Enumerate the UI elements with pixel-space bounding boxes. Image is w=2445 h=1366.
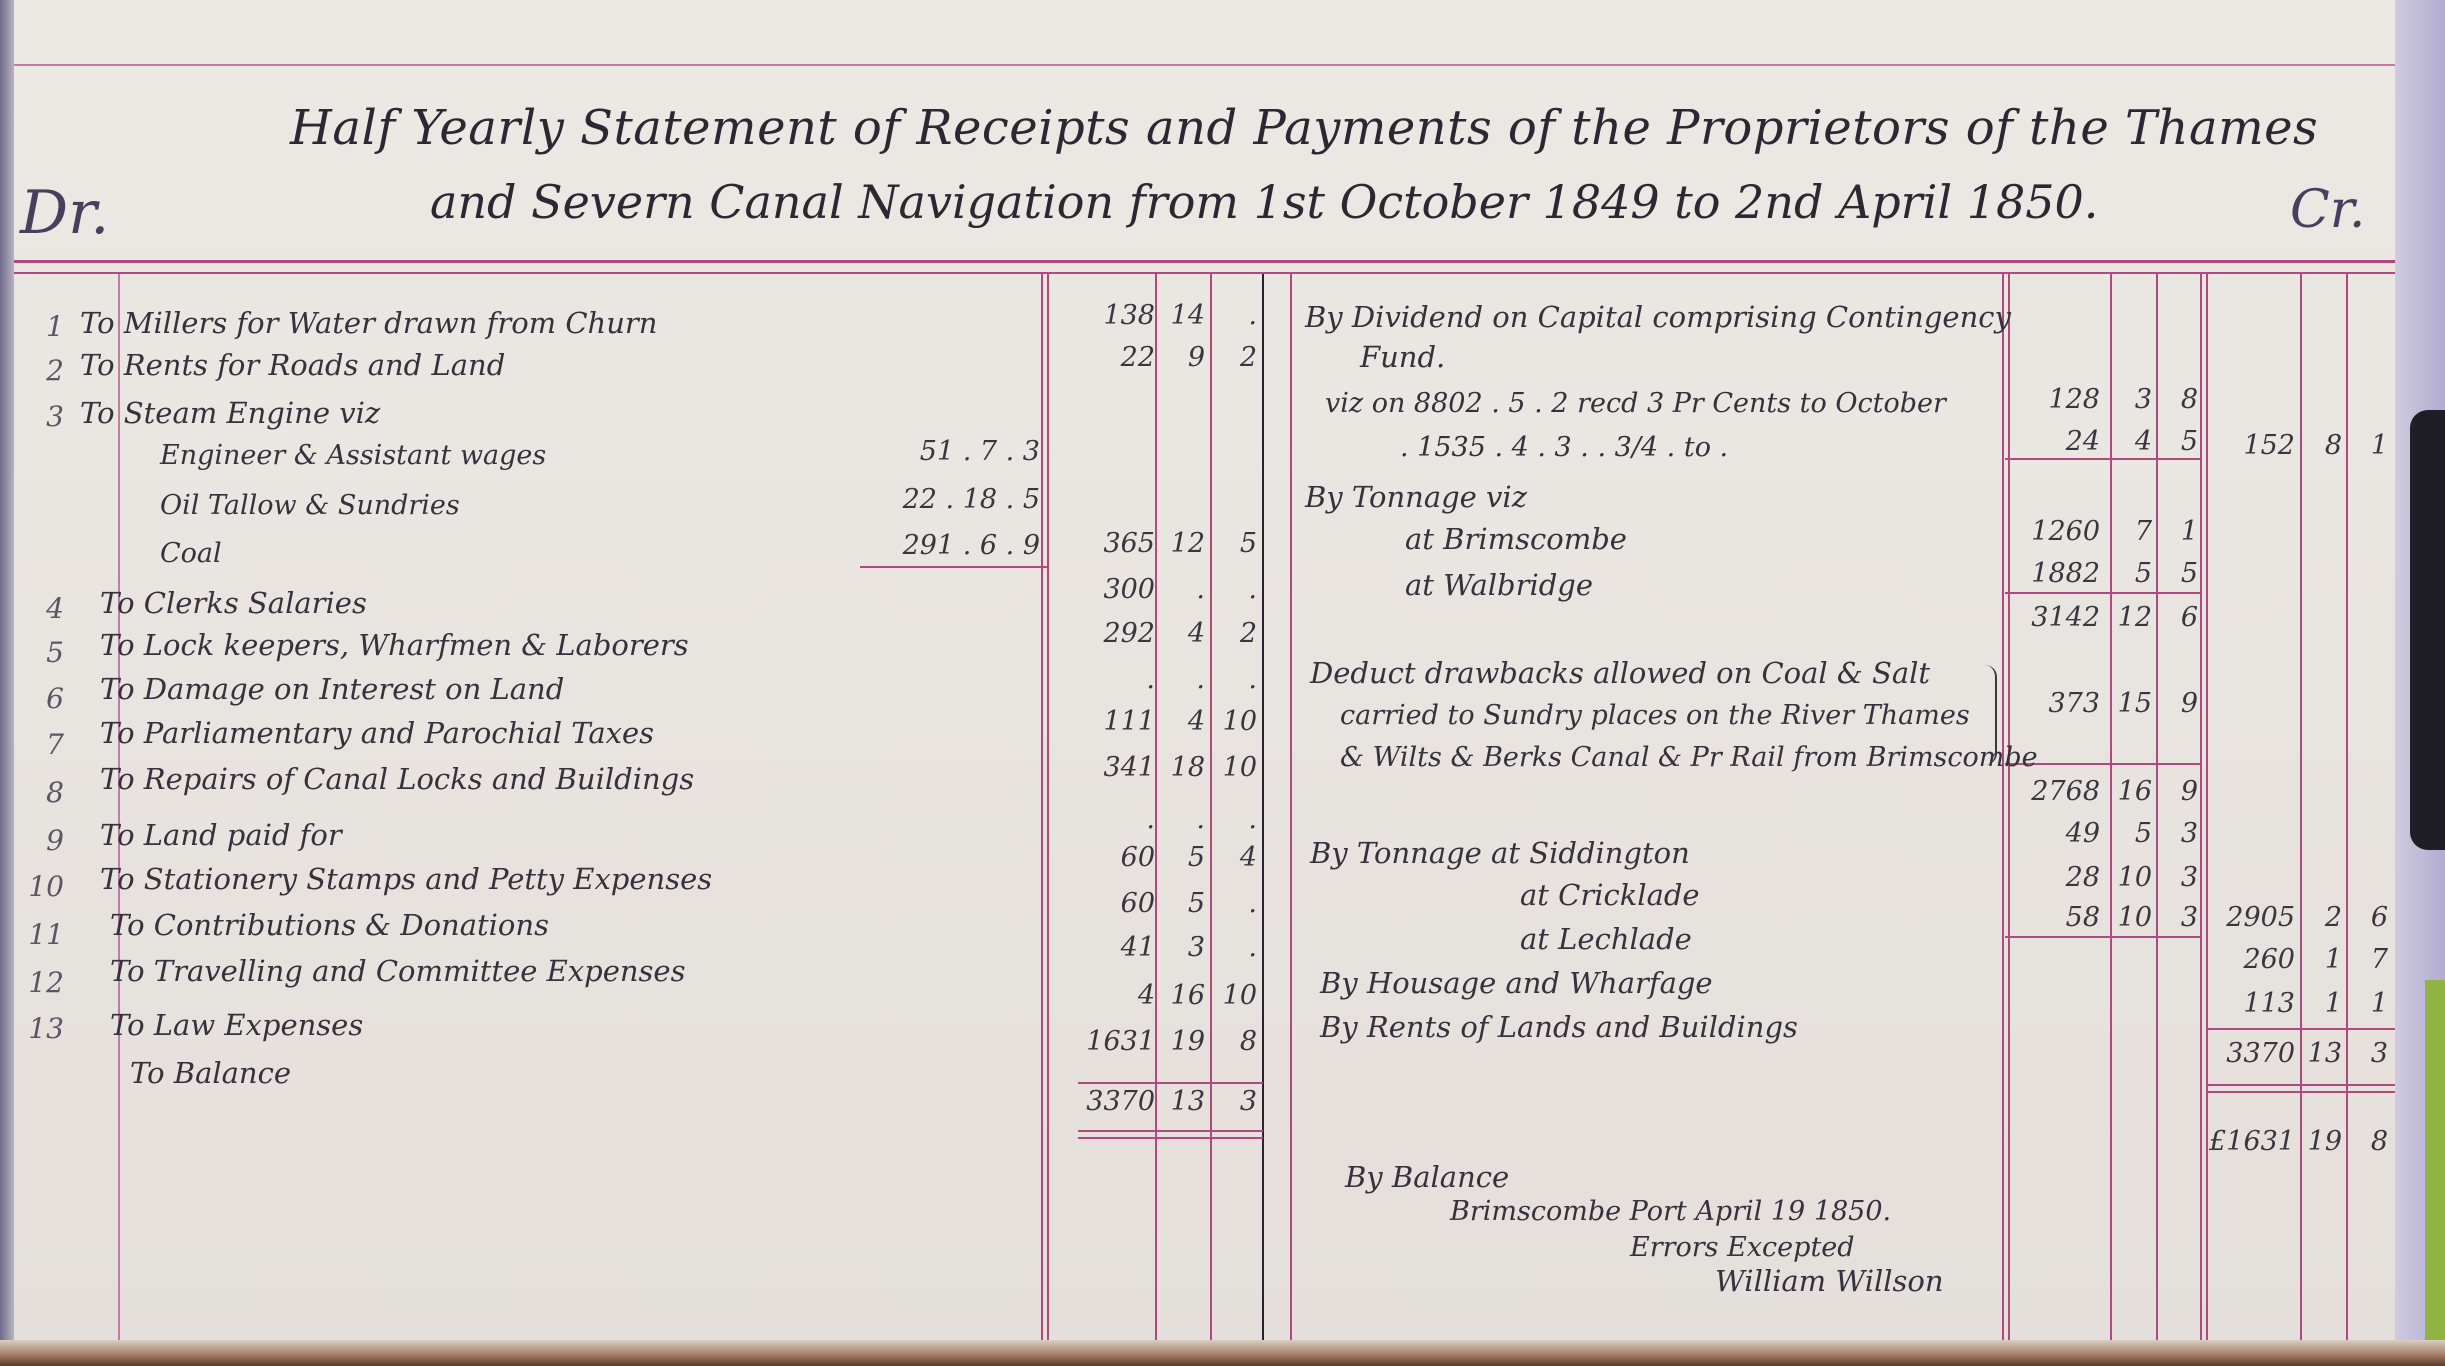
net-tonnage-pence: 9 (2158, 776, 2198, 807)
credit-inner-rule-a (2002, 274, 2004, 1340)
debit-pounds: 60 (1075, 842, 1155, 873)
credit-balance-pence: 8 (2348, 1126, 2388, 1157)
credit-total-rule (2206, 1028, 2396, 1030)
page-divider-a (1262, 274, 1264, 1340)
credit-entry-text: at Lechlade (1520, 922, 1692, 956)
line-number: 13 (20, 1012, 64, 1045)
errors-excepted: Errors Excepted (1630, 1232, 1855, 1263)
credit-total-double-2 (2206, 1091, 2396, 1093)
net-tonnage-pounds: 2768 (2015, 776, 2100, 807)
line-number: 5 (20, 636, 64, 669)
credit-outer-shillings: 2 (2302, 902, 2342, 933)
credit-balance-pounds: £1631 (2160, 1126, 2295, 1157)
credit-outer-rule-a (2200, 274, 2202, 1340)
drawback-pounds: 373 (2015, 688, 2100, 719)
credit-outer-pence: 6 (2348, 902, 2388, 933)
credit-total-pence: 3 (2348, 1038, 2388, 1069)
line-number: 2 (20, 354, 64, 387)
debit-entry-text: To Repairs of Canal Locks and Buildings (100, 762, 694, 796)
debit-pence: . (1212, 804, 1257, 835)
credit-inner-pence: 3 (2158, 902, 2198, 933)
debit-pence: . (1212, 574, 1257, 605)
debit-shillings: 3 (1160, 932, 1205, 963)
book-binding-edge (0, 1340, 2445, 1366)
debit-entry-text: To Rents for Roads and Land (80, 348, 505, 382)
tonnage-subtotal-pence: 6 (2158, 602, 2198, 633)
steam-engine-sub-item: Engineer & Assistant wages (160, 440, 546, 471)
bracket-icon (1985, 665, 1997, 765)
credit-inner-shillings: 10 (2112, 902, 2152, 933)
line-number: 4 (20, 592, 64, 625)
credit-entry-text: at Cricklade (1520, 878, 1700, 912)
credit-outer-pence: 7 (2348, 944, 2388, 975)
debit-pence: 10 (1212, 706, 1257, 737)
debit-shillings: 16 (1160, 980, 1205, 1011)
credit-inner-rule-b (2008, 274, 2010, 1340)
debit-shillings: . (1160, 574, 1205, 605)
dividend-subtotal-rule (2005, 458, 2201, 460)
line-number: 12 (20, 966, 64, 999)
debit-pounds: 341 (1075, 752, 1155, 783)
credit-outer-pounds: 152 (2210, 430, 2295, 461)
credit-entry-text: viz on 8802 . 5 . 2 recd 3 Pr Cents to O… (1325, 388, 1946, 419)
credit-entry-text: . 1535 . 4 . 3 . . 3/4 . to . (1400, 432, 1728, 463)
credit-balance-shillings: 19 (2302, 1126, 2342, 1157)
debit-total-pounds: 3370 (1075, 1086, 1155, 1117)
credit-outer-pounds: 260 (2210, 944, 2295, 975)
credit-entry-text: & Wilts & Berks Canal & Pr Rail from Bri… (1340, 742, 2038, 773)
credit-label: Cr. (2290, 180, 2365, 240)
debit-shillings: 14 (1160, 300, 1205, 331)
debit-entry-text: To Law Expenses (110, 1008, 363, 1042)
credit-inner-pounds: 1260 (2015, 516, 2100, 547)
title-line-2: and Severn Canal Navigation from 1st Oct… (430, 175, 2098, 229)
credit-inner-pence: 5 (2158, 558, 2198, 589)
line-number: 6 (20, 682, 64, 715)
debit-pence: 2 (1212, 342, 1257, 373)
credit-entry-text: By Tonnage at Siddington (1310, 836, 1690, 870)
tonnage-subtotal-shillings: 12 (2112, 602, 2152, 633)
credit-inner-pounds: 49 (2015, 818, 2100, 849)
credit-entry-text: at Brimscombe (1405, 522, 1627, 556)
debit-shillings: 9 (1160, 342, 1205, 373)
debit-entry-text: To Damage on Interest on Land (100, 672, 564, 706)
debit-entry-text: To Lock keepers, Wharfmen & Laborers (100, 628, 689, 662)
page-divider-b (1290, 274, 1292, 1340)
steam-engine-subtotal-rule (860, 566, 1048, 568)
debit-total-double-1 (1078, 1130, 1263, 1132)
drawback-pence: 9 (2158, 688, 2198, 719)
line-number: 9 (20, 824, 64, 857)
book-clip (2410, 410, 2445, 850)
debit-pounds: 60 (1075, 888, 1155, 919)
line-number-margin (118, 274, 120, 1340)
credit-inner-pounds: 28 (2015, 862, 2100, 893)
credit-entry-text: carried to Sundry places on the River Th… (1340, 700, 1970, 731)
debit-balance-pounds: 1631 (1075, 1026, 1155, 1057)
net-tonnage-shillings: 16 (2112, 776, 2152, 807)
debit-pence: 10 (1212, 980, 1257, 1011)
debit-pounds: 138 (1075, 300, 1155, 331)
credit-total-shillings: 13 (2302, 1038, 2342, 1069)
debit-pence: 10 (1212, 752, 1257, 783)
debit-pounds: 300 (1075, 574, 1155, 605)
credit-inner-shillings: 5 (2112, 558, 2152, 589)
debit-shillings: 4 (1160, 618, 1205, 649)
steam-engine-sub-amount: 51 . 7 . 3 (860, 436, 1040, 467)
credit-inner-pounds: 128 (2015, 384, 2100, 415)
credit-outer-pence: 1 (2348, 988, 2388, 1019)
debit-pence: 4 (1212, 842, 1257, 873)
credit-inner-pounds: 24 (2015, 426, 2100, 457)
green-object (2425, 980, 2445, 1360)
tonnage-subtotal-pounds: 3142 (2015, 602, 2100, 633)
credit-outer-shillings: 1 (2302, 988, 2342, 1019)
debit-pounds: 4 (1075, 980, 1155, 1011)
debit-total-rule (1078, 1082, 1263, 1084)
debit-shillings: 18 (1160, 752, 1205, 783)
credit-total-double-1 (2206, 1084, 2396, 1086)
debit-total-double-2 (1078, 1137, 1263, 1139)
debit-shillings: 4 (1160, 706, 1205, 737)
top-rule (0, 64, 2395, 66)
credit-entry-text: By Dividend on Capital comprising Contin… (1305, 300, 2011, 334)
credit-inner-shillings: 7 (2112, 516, 2152, 547)
credit-balance-text: By Balance (1345, 1160, 1509, 1194)
line-number: 1 (20, 310, 64, 343)
steam-engine-sub-item: Coal (160, 538, 222, 569)
credit-inner-pence: 3 (2158, 818, 2198, 849)
credit-inner-shillings: 10 (2112, 862, 2152, 893)
debit-pounds: 111 (1075, 706, 1155, 737)
steam-engine-sub-item: Oil Tallow & Sundries (160, 490, 460, 521)
credit-inner-pence: 1 (2158, 516, 2198, 547)
debit-balance-text: To Balance (130, 1056, 291, 1090)
credit-inner-pounds: 1882 (2015, 558, 2100, 589)
credit-entry-text: at Walbridge (1405, 568, 1593, 602)
credit-total-pounds: 3370 (2210, 1038, 2295, 1069)
credit-entry-text: Deduct drawbacks allowed on Coal & Salt (1310, 656, 1930, 690)
line-number: 10 (20, 870, 64, 903)
credit-entry-text: Fund. (1360, 340, 1445, 374)
credit-outer-shillings: 8 (2302, 430, 2342, 461)
title-line-1: Half Yearly Statement of Receipts and Pa… (290, 100, 2318, 156)
debit-total-pence: 3 (1212, 1086, 1257, 1117)
credit-entry-text: By Housage and Wharfage (1320, 966, 1713, 1000)
debit-balance-shillings: 19 (1160, 1026, 1205, 1057)
place-date: Brimscombe Port April 19 1850. (1450, 1196, 1891, 1227)
tonnage-others-rule (2005, 936, 2201, 938)
credit-outer-pounds: 2905 (2210, 902, 2295, 933)
debit-pence: . (1212, 300, 1257, 331)
debit-balance-pence: 8 (1212, 1026, 1257, 1057)
debit-pence: 5 (1212, 528, 1257, 559)
credit-inner-pounds: 58 (2015, 902, 2100, 933)
debit-pounds: . (1075, 664, 1155, 695)
credit-inner-shillings: 4 (2112, 426, 2152, 457)
debit-entry-text: To Contributions & Donations (110, 908, 549, 942)
ledger-page: Dr. Half Yearly Statement of Receipts an… (0, 0, 2395, 1340)
debit-pounds: 365 (1075, 528, 1155, 559)
debit-pence: 2 (1212, 618, 1257, 649)
header-rule-2 (10, 272, 2395, 274)
debit-shillings: 12 (1160, 528, 1205, 559)
debit-shillings: 5 (1160, 888, 1205, 919)
debit-label: Dr. (20, 178, 109, 248)
credit-outer-pounds: 113 (2210, 988, 2295, 1019)
header-rule-1 (10, 260, 2395, 263)
debit-shillings: 5 (1160, 842, 1205, 873)
debit-pounds: 22 (1075, 342, 1155, 373)
tonnage-subtotal-rule (2005, 592, 2201, 594)
debit-pounds: 292 (1075, 618, 1155, 649)
debit-entry-text: To Millers for Water drawn from Churn (80, 306, 657, 340)
credit-outer-pence: 1 (2348, 430, 2388, 461)
debit-entry-text: To Steam Engine viz (80, 396, 380, 430)
debit-amount-rule-a (1041, 274, 1043, 1340)
debit-amount-rule-b (1047, 274, 1049, 1340)
debit-pence: . (1212, 932, 1257, 963)
debit-total-shillings: 13 (1160, 1086, 1205, 1117)
drawback-shillings: 15 (2112, 688, 2152, 719)
debit-entry-text: To Parliamentary and Parochial Taxes (100, 716, 654, 750)
debit-entry-text: To Stationery Stamps and Petty Expenses (100, 862, 712, 896)
debit-shillings-rule (1155, 274, 1157, 1340)
debit-pence: . (1212, 664, 1257, 695)
line-number: 8 (20, 776, 64, 809)
credit-inner-shillings: 5 (2112, 818, 2152, 849)
line-number: 7 (20, 728, 64, 761)
credit-inner-pence: 8 (2158, 384, 2198, 415)
line-number: 11 (20, 918, 64, 951)
credit-outer-shillings: 1 (2302, 944, 2342, 975)
credit-entry-text: By Tonnage viz (1305, 480, 1527, 514)
signature: William Willson (1715, 1264, 1944, 1298)
credit-inner-pence: 5 (2158, 426, 2198, 457)
debit-shillings: . (1160, 664, 1205, 695)
debit-pence: . (1212, 888, 1257, 919)
credit-inner-pence: 3 (2158, 862, 2198, 893)
debit-entry-text: To Land paid for (100, 818, 342, 852)
debit-pounds: 41 (1075, 932, 1155, 963)
debit-shillings: . (1160, 804, 1205, 835)
steam-engine-sub-amount: 291 . 6 . 9 (860, 530, 1040, 561)
page-gutter-shadow (0, 0, 14, 1366)
credit-outer-rule-b (2206, 274, 2208, 1340)
credit-entry-text: By Rents of Lands and Buildings (1320, 1010, 1798, 1044)
steam-engine-sub-amount: 22 . 18 . 5 (860, 484, 1040, 515)
credit-inner-shillings: 3 (2112, 384, 2152, 415)
debit-entry-text: To Travelling and Committee Expenses (110, 954, 685, 988)
debit-pounds: . (1075, 804, 1155, 835)
line-number: 3 (20, 400, 64, 433)
debit-entry-text: To Clerks Salaries (100, 586, 367, 620)
